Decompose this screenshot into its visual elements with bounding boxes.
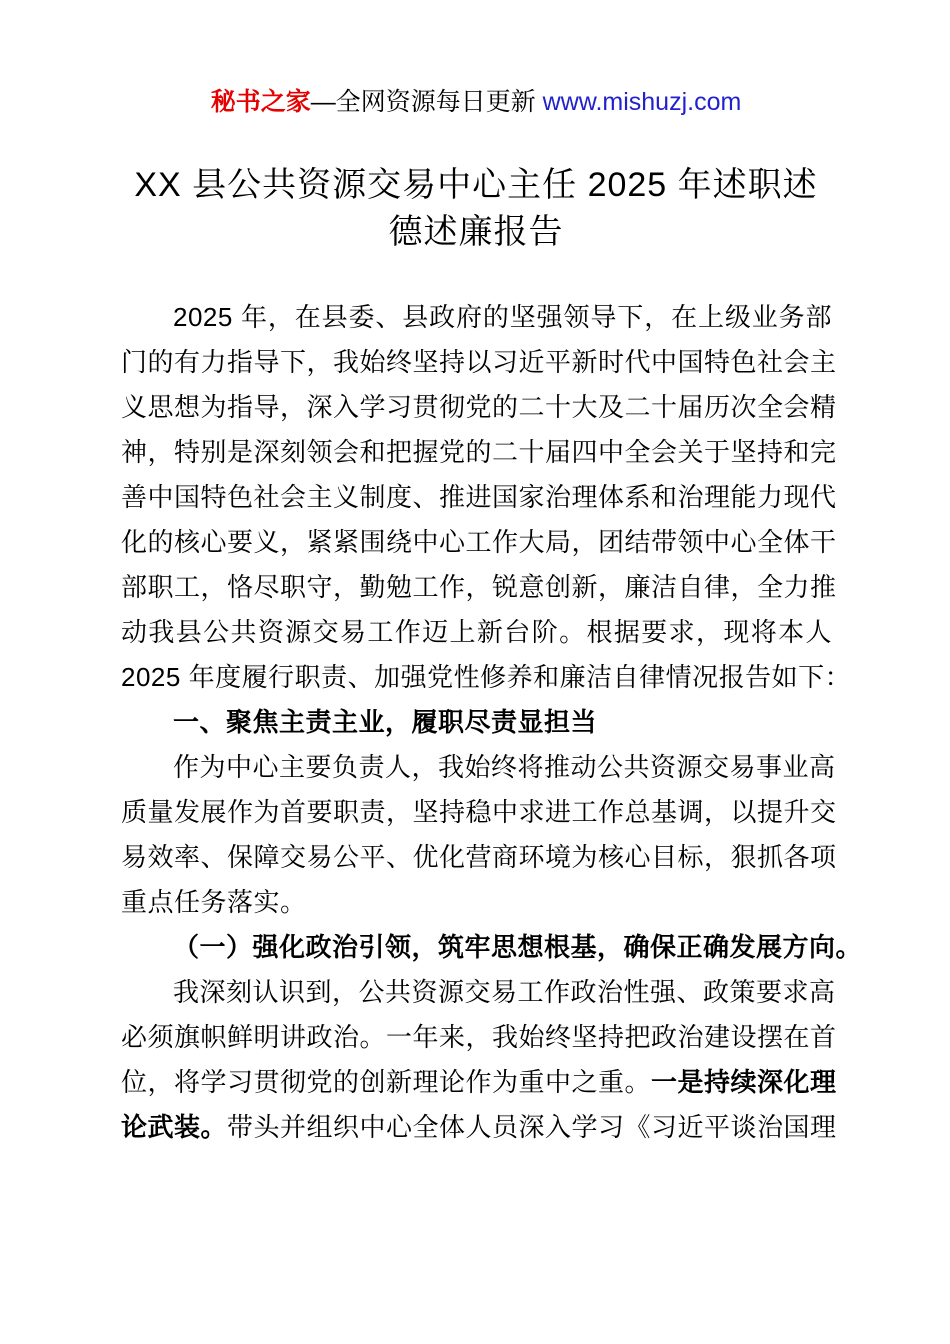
text-line: 部职工，恪尽职守，勤勉工作，锐意创新，廉洁自律，全力推 [121,565,832,610]
title-line: XX 县公共资源交易中心主任 2025 年述职述 [120,162,832,209]
text-line: 门的有力指导下，我始终坚持以习近平新时代中国特色社会主 [121,340,832,385]
text-run: 动我县公共资源交易工作迈上新台阶。根据要求，现将本人 [121,617,832,647]
text-line: 神，特别是深刻领会和把握党的二十届四中全会关于坚持和完 [121,430,832,475]
document-page: 秘书之家—全网资源每日更新 www.mishuzj.com XX 县公共资源交易… [0,0,950,1344]
text-line: 2025 年度履行职责、加强党性修养和廉洁自律情况报告如下： [121,655,832,700]
text-line: 我深刻认识到，公共资源交易工作政治性强、政策要求高 [121,970,832,1015]
text-run: 质量发展作为首要职责，坚持稳中求进工作总基调，以提升交 [121,797,837,827]
text-line: 动我县公共资源交易工作迈上新台阶。根据要求，现将本人 [121,610,832,655]
text-line: 论武装。带头并组织中心全体人员深入学习《习近平谈治国理 [121,1105,832,1150]
text-run: 义思想为指导，深入学习贯彻党的二十大及二十届历次全会精 [121,392,837,422]
text-run: 我深刻认识到，公共资源交易工作政治性强、政策要求高 [173,977,836,1007]
text-line: 易效率、保障交易公平、优化营商环境为核心目标，狠抓各项 [121,835,832,880]
text-line: 善中国特色社会主义制度、推进国家治理体系和治理能力现代 [121,475,832,520]
text-run: 2025 年度履行职责、加强党性修养和廉洁自律情况报告如下： [121,662,851,692]
doc-title: XX 县公共资源交易中心主任 2025 年述职述德述廉报告 [120,162,832,256]
text-line: 义思想为指导，深入学习贯彻党的二十大及二十届历次全会精 [121,385,832,430]
text-run: 部职工，恪尽职守，勤勉工作，锐意创新，廉洁自律，全力推 [121,572,837,602]
site-url-link[interactable]: www.mishuzj.com [543,88,742,116]
text-line: 必须旗帜鲜明讲政治。一年来，我始终坚持把政治建设摆在首 [121,1015,832,1060]
title-line: 德述廉报告 [120,209,832,256]
text-run: 神，特别是深刻领会和把握党的二十届四中全会关于坚持和完 [121,437,837,467]
text-run: 2025 年，在县委、县政府的坚强领导下，在上级业务部 [173,302,832,332]
text-line: 位，将学习贯彻党的创新理论作为重中之重。一是持续深化理 [121,1060,832,1105]
text-line: 重点任务落实。 [121,880,832,925]
bold-text-run: 论武装。 [121,1112,227,1142]
text-run: 化的核心要义，紧紧围绕中心工作大局，团结带领中心全体干 [121,527,837,557]
text-run: 重点任务落实。 [121,887,307,917]
site-header: 秘书之家—全网资源每日更新 www.mishuzj.com [120,86,832,118]
text-run: 必须旗帜鲜明讲政治。一年来，我始终坚持把政治建设摆在首 [121,1022,837,1052]
site-tagline: —全网资源每日更新 [311,88,543,116]
text-run: 带头并组织中心全体人员深入学习《习近平谈治国理 [227,1112,837,1142]
text-run: 位，将学习贯彻党的创新理论作为重中之重。 [121,1067,651,1097]
bold-text-run: 一、聚焦主责主业，履职尽责显担当 [173,707,597,737]
bold-text-run: 一是持续深化理 [651,1067,837,1097]
text-line: 2025 年，在县委、县政府的坚强领导下，在上级业务部 [121,295,832,340]
text-run: 易效率、保障交易公平、优化营商环境为核心目标，狠抓各项 [121,842,837,872]
site-brand: 秘书之家 [211,88,311,116]
text-line: （一）强化政治引领，筑牢思想根基，确保正确发展方向。 [121,925,832,970]
text-run: 门的有力指导下，我始终坚持以习近平新时代中国特色社会主 [121,347,837,377]
text-line: 化的核心要义，紧紧围绕中心工作大局，团结带领中心全体干 [121,520,832,565]
bold-text-run: （一）强化政治引领，筑牢思想根基，确保正确发展方向。 [173,932,862,962]
text-run: 作为中心主要负责人，我始终将推动公共资源交易事业高 [173,752,836,782]
text-line: 质量发展作为首要职责，坚持稳中求进工作总基调，以提升交 [121,790,832,835]
text-run: 善中国特色社会主义制度、推进国家治理体系和治理能力现代 [121,482,837,512]
document-body: 2025 年，在县委、县政府的坚强领导下，在上级业务部门的有力指导下，我始终坚持… [121,295,832,1150]
text-line: 一、聚焦主责主业，履职尽责显担当 [121,700,832,745]
text-line: 作为中心主要负责人，我始终将推动公共资源交易事业高 [121,745,832,790]
